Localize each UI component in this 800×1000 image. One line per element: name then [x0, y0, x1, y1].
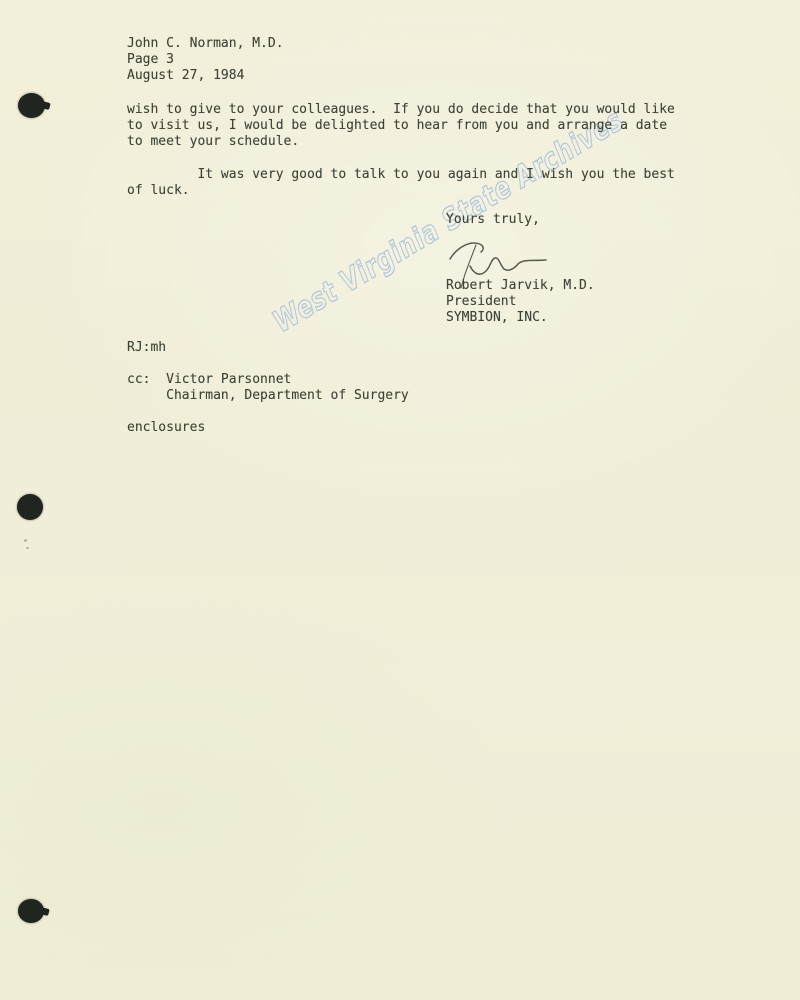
signer-company: SYMBION, INC.: [446, 310, 595, 326]
closing-salutation: Yours truly,: [446, 212, 540, 228]
cc-recipient: cc: Victor Parsonnet: [127, 372, 409, 388]
scan-speck: [26, 547, 29, 549]
body-line: of luck.: [127, 183, 675, 199]
scan-speck: [24, 539, 27, 542]
hole-punch-middle: [17, 494, 43, 520]
letter-header: John C. Norman, M.D. Page 3 August 27, 1…: [127, 36, 284, 84]
cc-recipient-title: Chairman, Department of Surgery: [127, 388, 409, 404]
body-line: wish to give to your colleagues. If you …: [127, 102, 675, 118]
body-paragraph-1: wish to give to your colleagues. If you …: [127, 102, 675, 150]
signature-block: Robert Jarvik, M.D. President SYMBION, I…: [446, 278, 595, 326]
recipient-name: John C. Norman, M.D.: [127, 36, 284, 52]
body-line: to visit us, I would be delighted to hea…: [127, 118, 675, 134]
hole-punch-bottom: [18, 899, 44, 923]
body-line: to meet your schedule.: [127, 134, 675, 150]
watermark: West Virginia State Archives: [0, 0, 800, 1000]
signer-title: President: [446, 294, 595, 310]
enclosures-note: enclosures: [127, 420, 205, 436]
letter-page: West Virginia State Archives John C. Nor…: [0, 0, 800, 1000]
hole-punch-top: [18, 93, 45, 118]
body-paragraph-2: It was very good to talk to you again an…: [127, 167, 675, 199]
signer-name: Robert Jarvik, M.D.: [446, 278, 595, 294]
letter-date: August 27, 1984: [127, 68, 284, 84]
reference-initials: RJ:mh: [127, 340, 166, 356]
body-line: It was very good to talk to you again an…: [127, 167, 675, 183]
page-number: Page 3: [127, 52, 284, 68]
cc-block: cc: Victor Parsonnet Chairman, Departmen…: [127, 372, 409, 404]
